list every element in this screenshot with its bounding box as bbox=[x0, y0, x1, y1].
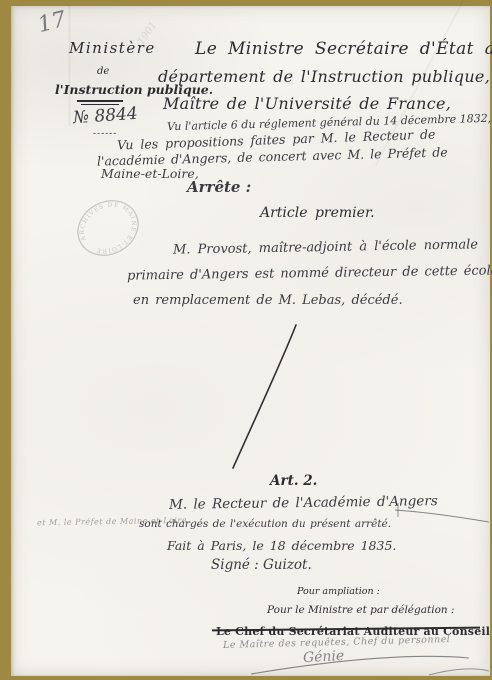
signature-flourish bbox=[11, 6, 490, 676]
document-paper: 17 1901 Ministère de l'Instruction publi… bbox=[11, 6, 490, 676]
scanned-document-page: { "annotations": { "page_number_pencil":… bbox=[0, 0, 492, 680]
